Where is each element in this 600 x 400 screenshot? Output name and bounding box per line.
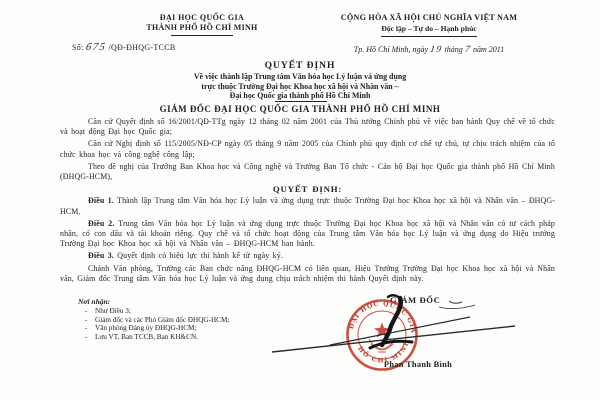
article-label: Điều 3. [88, 251, 114, 260]
article-paragraph: Điều 2. Trung tâm Văn hóa học Lý luận và… [60, 219, 555, 250]
date-post: năm 2011 [473, 45, 504, 54]
document-number: Số: 675 /QĐ-ĐHQG-TCCB [72, 42, 175, 53]
article-paragraph: Điều 3. Quyết định có hiệu lực thi hành … [60, 251, 555, 261]
date-day-handwritten: 19 [429, 45, 443, 55]
decision-subtitle: Về việc thành lập Trung tâm Văn hóa học … [0, 72, 600, 101]
date-pre: Tp. Hồ Chí Minh, ngày [354, 45, 428, 54]
motto-underline [381, 36, 477, 37]
subtitle-line: Đại học Quốc gia thành phố Hồ Chí Minh [0, 91, 600, 101]
document-body: Căn cứ Quyết định số 16/2001/QĐ-TTg ngày… [60, 117, 555, 286]
org-name-line2: THÀNH PHỐ HỒ CHÍ MINH [92, 23, 312, 33]
org-underline [171, 35, 233, 36]
recipient-item: Lưu VT, Ban TCCB, Ban KH&CN. [78, 333, 318, 342]
article-text: Trung tâm Văn hóa học Lý luận và ứng dụn… [60, 219, 555, 248]
article-paragraph: Điều 1. Thành lập Trung tâm Văn hóa học … [60, 196, 555, 216]
number-suffix: /QĐ-ĐHQG-TCCB [108, 43, 175, 52]
emblem-wreath-lines [369, 339, 395, 352]
decision-heading: QUYẾT ĐỊNH: [60, 184, 555, 194]
date-mid: tháng [445, 45, 463, 54]
subtitle-line: trực thuộc Trường Đại học Khoa học xã hộ… [0, 82, 600, 92]
decision-title: QUYẾT ĐỊNH [0, 61, 600, 71]
subtitle-divider [275, 101, 327, 102]
number-prefix: Số: [72, 43, 84, 52]
preamble-paragraph: Căn cứ Quyết định số 16/2001/QĐ-TTg ngày… [60, 117, 555, 137]
article-text: Quyết định có hiệu lực thi hành kể từ ng… [117, 251, 283, 260]
preamble-paragraph: Căn cứ Nghị định số 115/2005/NĐ-CP ngày … [60, 139, 555, 159]
article-label: Điều 1. [88, 196, 114, 205]
motto-line2: Độc lập – Tự do – Hạnh phúc [295, 24, 563, 34]
national-motto-block: CỘNG HÒA XÃ HỘI CHỦ NGHĨA VIỆT NAM Độc l… [295, 13, 563, 37]
subtitle-line: Về việc thành lập Trung tâm Văn hóa học … [0, 72, 600, 82]
article-text: Thành lập Trung tâm Văn hóa học Lý luận … [60, 196, 555, 215]
recipients-label: Nơi nhận: [78, 298, 318, 307]
motto-line1: CỘNG HÒA XÃ HỘI CHỦ NGHĨA VIỆT NAM [295, 13, 563, 23]
date-month-handwritten: 7 [464, 45, 472, 55]
article-label: Điều 2. [88, 219, 115, 228]
org-name-line1: ĐẠI HỌC QUỐC GIA [92, 13, 312, 23]
recipient-item: Văn phòng Đảng ủy ĐHQG-HCM; [78, 324, 318, 333]
recipient-item: Giám đốc và các Phó Giám đốc ĐHQG-HCM; [78, 316, 318, 325]
closing-paragraph: Chánh Văn phòng, Trưởng các Ban chức năn… [60, 264, 555, 284]
recipient-item: Như Điều 3; [78, 307, 318, 316]
star-icon [374, 323, 390, 338]
recipients-block: Nơi nhận: Như Điều 3; Giám đốc và các Ph… [78, 298, 318, 342]
issuer-heading: GIÁM ĐỐC ĐẠI HỌC QUỐC GIA THÀNH PHỐ HỒ C… [0, 104, 600, 114]
issue-date: Tp. Hồ Chí Minh, ngày 19 tháng 7 năm 201… [295, 45, 563, 55]
number-handwritten: 675 [85, 42, 107, 53]
scanned-decision-document: ĐẠI HỌC QUỐC GIA THÀNH PHỐ HỒ CHÍ MINH S… [0, 0, 600, 400]
issuing-org-block: ĐẠI HỌC QUỐC GIA THÀNH PHỐ HỒ CHÍ MINH [92, 13, 312, 36]
signer-name: Phan Thanh Bình [368, 360, 468, 369]
preamble-paragraph: Theo đề nghị của Trưởng Ban Khoa học và … [60, 162, 555, 182]
